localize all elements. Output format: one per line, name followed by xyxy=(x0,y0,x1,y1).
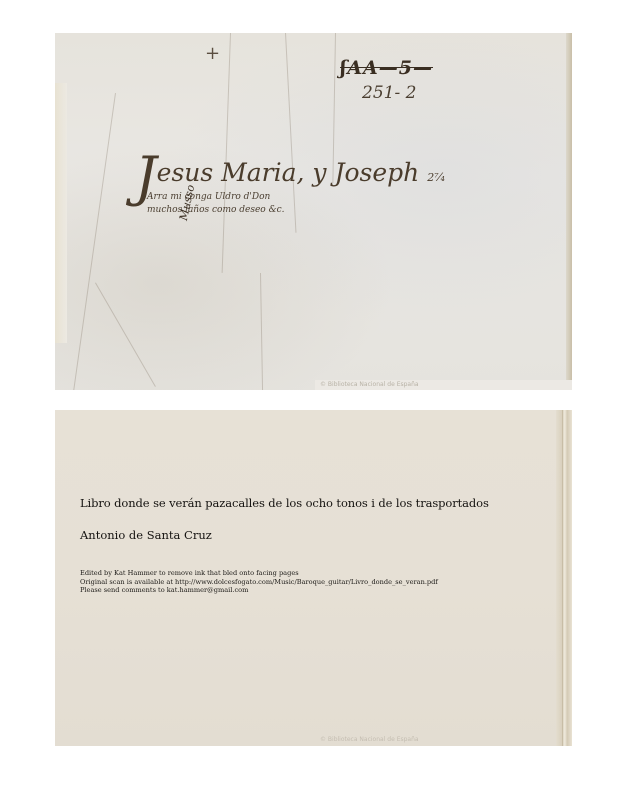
book-author: Antonio de Santa Cruz xyxy=(80,528,212,542)
paper-crease xyxy=(73,93,116,390)
title-page-scan: Libro donde se verán pazacalles de los o… xyxy=(55,410,572,746)
book-title: Libro donde se verán pazacalles de los o… xyxy=(80,496,489,510)
heading-text: esus Maria, y Joseph xyxy=(157,158,420,187)
binding-line xyxy=(562,410,563,746)
manuscript-cover-scan: + ʃAA—5— 251- 2 Jesus Maria, y Joseph 2⁷… xyxy=(55,33,572,390)
manuscript-annotation: Arra mi conga Uldro d'Don muchos laños c… xyxy=(147,191,285,217)
shelf-number: 251- 2 xyxy=(362,83,416,103)
book-binding xyxy=(556,410,572,746)
library-stamp: © Biblioteca Nacional de España xyxy=(320,381,419,388)
paper-crease xyxy=(260,273,263,390)
paper-strip xyxy=(55,83,67,343)
annotation-line: muchos laños como deseo &c. xyxy=(147,204,285,217)
cross-mark: + xyxy=(205,43,220,64)
library-stamp: © Biblioteca Nacional de España xyxy=(320,736,419,743)
shelf-mark: ʃAA—5— xyxy=(340,57,433,79)
heading-suffix: 2⁷⁄₄ xyxy=(427,171,445,184)
contact-note: Please send comments to kat.hammer@gmail… xyxy=(80,586,438,595)
editor-note: Edited by Kat Hammer to remove ink that … xyxy=(80,569,438,578)
manuscript-heading: Jesus Maria, y Joseph 2⁷⁄₄ xyxy=(135,131,445,194)
paper-edge xyxy=(566,33,572,390)
paper-crease xyxy=(95,283,156,387)
annotation-line: Arra mi conga Uldro d'Don xyxy=(147,191,285,204)
source-url-note: Original scan is available at http://www… xyxy=(80,578,438,587)
editor-notes: Edited by Kat Hammer to remove ink that … xyxy=(80,569,438,595)
